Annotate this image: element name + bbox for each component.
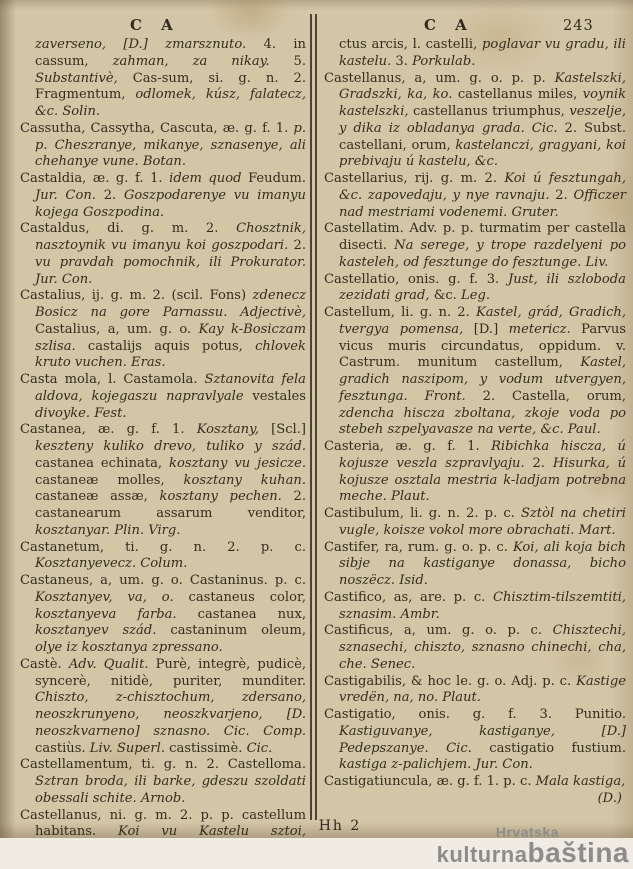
- entry-segment: Castalius, ij. g. m. 2. (scil. Fons): [20, 288, 253, 303]
- entry-segment: Castanetum, ti. g. n. 2. p. c.: [20, 540, 306, 555]
- dictionary-entry-continuation: ctus arcis, l. castelli, poglavar vu gra…: [324, 37, 626, 71]
- entry-segment: Casteria, æ. g. f. 1.: [324, 439, 491, 454]
- dictionary-entry: Castellatim. Adv. p. p. turmatim per cas…: [324, 221, 626, 271]
- entry-segment: divoyke.: [35, 406, 94, 421]
- entry-segment: castaneus color,: [189, 590, 306, 605]
- entry-segment: castanea nux,: [198, 607, 306, 622]
- entry-segment: Castificus, a, um. g. o. p. c.: [324, 623, 553, 638]
- dictionary-entry: Castigatiuncula, æ. g. f. 1. p. c. Mala …: [324, 774, 626, 791]
- entry-segment: Senec.: [371, 657, 415, 672]
- entry-segment: Castalius, a, um. g. o.: [35, 322, 199, 337]
- dictionary-entry: Cassutha, Cassytha, Cascuta, æ. g. f. 1.…: [20, 121, 306, 171]
- entry-segment: 2.: [294, 238, 307, 253]
- entry-segment: vu pravdah pomochnik, ili Prokurator.: [35, 255, 306, 270]
- entry-segment: Porkulab.: [412, 54, 475, 69]
- entry-segment: kosztanyar.: [35, 523, 114, 538]
- entry-segment: kosztany vu jesicze.: [169, 456, 306, 471]
- dictionary-entry: Castaldia, æ. g. f. 1. idem quod Feudum.…: [20, 171, 306, 221]
- entry-segment: [D.]: [474, 322, 509, 337]
- dictionary-entry: Casteria, æ. g. f. 1. Ribichka hiscza, ú…: [324, 439, 626, 506]
- entry-segment: Adv. Qualit.: [69, 657, 156, 672]
- entry-segment: Castellamentum, ti. g. n. 2. Castelloma.: [20, 757, 306, 772]
- entry-segment: Liv. Superl.: [90, 741, 169, 756]
- entry-segment: Botan.: [143, 154, 186, 169]
- dictionary-entry: Castifer, ra, rum. g. o. p. c. Koi, ali …: [324, 540, 626, 590]
- dictionary-entry: Castanetum, ti. g. n. 2. p. c. Kosztanye…: [20, 540, 306, 574]
- dictionary-entry: Castigabilis, & hoc le. g. o. Adj. p. c.…: [324, 674, 626, 708]
- entry-segment: Jur. Con.: [35, 188, 104, 203]
- entry-segment: Castellanus, a, um. g. o. p. p.: [324, 71, 555, 86]
- entry-segment: kosztanyev szád.: [35, 623, 170, 638]
- entry-segment: Mart.: [579, 523, 616, 538]
- entry-segment: kosztany pechen.: [160, 489, 294, 504]
- column-divider-rule: [315, 14, 317, 820]
- entry-segment: Gruter.: [511, 205, 558, 220]
- entry-segment: Jur. Con.: [35, 272, 92, 287]
- entry-segment: Paul.: [568, 422, 601, 437]
- dictionary-entry: Castibulum, li. g. n. 2. p. c. Sztòl na …: [324, 506, 626, 540]
- entry-segment: Arnob.: [141, 791, 186, 806]
- entry-segment: 3.: [395, 54, 412, 69]
- entry-segment: Casta mola, l. Castamola.: [20, 372, 204, 387]
- entry-segment: Cic.: [247, 741, 273, 756]
- entry-segment: zahman, za nikay.: [113, 54, 294, 69]
- entry-segment: ctus arcis, l. castelli,: [339, 37, 482, 52]
- entry-segment: metericz.: [509, 322, 582, 337]
- entry-segment: kastiga z-palichjem.: [339, 757, 475, 772]
- entry-segment: Castanea, æ. g. f. 1.: [20, 422, 197, 437]
- catchword: (D.): [324, 791, 626, 808]
- scanned-dictionary-page: C A C A 243 zaverseno, [D.] zmarsznuto. …: [0, 0, 633, 838]
- entry-segment: Castè.: [20, 657, 69, 672]
- entry-segment: Solin.: [62, 104, 100, 119]
- dictionary-entry: Castè. Adv. Qualit. Purè, integrè, pudic…: [20, 657, 306, 758]
- entry-segment: vestales: [252, 389, 306, 404]
- entry-segment: castalijs aquis potus,: [88, 339, 255, 354]
- entry-segment: Jur. Con.: [475, 757, 532, 772]
- dictionary-entry: Castalius, ij. g. m. 2. (scil. Fons) zde…: [20, 288, 306, 372]
- dictionary-entry: Castellanus, a, um. g. o. p. p. Kastelsz…: [324, 71, 626, 172]
- entry-segment: Castellum, li. g. n. 2.: [324, 305, 476, 320]
- entry-segment: &c.: [434, 288, 461, 303]
- column-right: ctus arcis, l. castelli, poglavar vu gra…: [324, 37, 626, 808]
- dictionary-entry: Castellatio, onis. g. f. 3. Just, ili sz…: [324, 272, 626, 306]
- entry-segment: kosztanyeva farba.: [35, 607, 198, 622]
- entry-segment: Substantivè,: [35, 71, 133, 86]
- entry-segment: [Scl.]: [271, 422, 306, 437]
- entry-segment: castaneæ assæ,: [35, 489, 160, 504]
- entry-segment: Castaldia, æ. g. f. 1.: [20, 171, 169, 186]
- heritage-watermark: Hrvatska kulturnabaština: [437, 825, 629, 867]
- entry-segment: Cic.: [446, 741, 489, 756]
- dictionary-entry: Castaneus, a, um. g. o. Castaninus. p. c…: [20, 573, 306, 657]
- entry-segment: castellanus miles,: [458, 87, 583, 102]
- entry-segment: Castibulum, li. g. n. 2. p. c.: [324, 506, 521, 521]
- entry-segment: Front.: [425, 389, 483, 404]
- watermark-line2b: baština: [527, 837, 629, 868]
- entry-segment: castellanus triumphus,: [413, 104, 569, 119]
- entry-segment: idem quod: [169, 171, 248, 186]
- entry-segment: Castigatiuncula, æ. g. f. 1. p. c.: [324, 774, 536, 789]
- entry-segment: Feudum.: [248, 171, 306, 186]
- entry-segment: 2.: [104, 188, 124, 203]
- entry-segment: Castifico, as, are. p. c.: [324, 590, 493, 605]
- entry-segment: Cic. Comp.: [224, 724, 306, 739]
- dictionary-entry: Castellarius, rij. g. m. 2. Koi ú fesztu…: [324, 171, 626, 221]
- entry-segment: Castaneus, a, um. g. o. Castaninus. p. c…: [20, 573, 306, 588]
- entry-segment: Cic.: [532, 121, 565, 136]
- entry-segment: Ambr.: [401, 607, 440, 622]
- entry-segment: castanea echinata,: [35, 456, 169, 471]
- entry-segment: Kosztanyev, va, o.: [35, 590, 189, 605]
- running-head-right: C A: [424, 16, 474, 34]
- watermark-line2a: kulturna: [437, 842, 528, 867]
- entry-segment: 2.: [532, 456, 552, 471]
- column-divider-rule: [310, 14, 312, 820]
- dictionary-entry: Castificus, a, um. g. o. p. c. Chisztech…: [324, 623, 626, 673]
- entry-segment: 2. Castella, orum,: [483, 389, 626, 404]
- entry-segment: Castaldus, di. g. m. 2.: [20, 221, 236, 236]
- entry-segment: castissimè.: [169, 741, 246, 756]
- entry-segment: Castigabilis, & hoc le. g. o. Adj. p. c.: [324, 674, 576, 689]
- entry-segment: castiùs.: [35, 741, 90, 756]
- entry-segment: Leg.: [461, 288, 490, 303]
- entry-segment: Cassutha, Cassytha, Cascuta, æ. g. f. 1.: [20, 121, 293, 136]
- entry-segment: Plaut.: [391, 489, 430, 504]
- entry-segment: 2.: [555, 188, 573, 203]
- entry-segment: Castifer, ra, rum. g. o. p. c.: [324, 540, 513, 555]
- dictionary-entry: Castellum, li. g. n. 2. Kastel, grád, Gr…: [324, 305, 626, 439]
- entry-segment: Mala kastiga,: [536, 774, 626, 789]
- entry-segment: Liv.: [585, 255, 608, 270]
- entry-segment: Castellarius, rij. g. m. 2.: [324, 171, 504, 186]
- entry-segment: Colum.: [140, 556, 187, 571]
- running-head-left: C A: [130, 16, 180, 34]
- entry-segment: Fest.: [94, 406, 126, 421]
- entry-segment: Castigatio, onis. g. f. 3. Punitio.: [324, 707, 626, 722]
- entry-segment: Kosztany,: [197, 422, 271, 437]
- entry-segment: Kosztanyevecz.: [35, 556, 140, 571]
- dictionary-entry-continuation: zaverseno, [D.] zmarsznuto. 4. in cassum…: [20, 37, 306, 121]
- page-number: 243: [563, 18, 594, 34]
- entry-segment: castigatio fustium.: [489, 741, 626, 756]
- entry-segment: Eras.: [131, 355, 166, 370]
- entry-segment: castaninum oleum,: [170, 623, 306, 638]
- dictionary-entry: Castigatio, onis. g. f. 3. Punitio. Kast…: [324, 707, 626, 774]
- entry-segment: Plaut.: [442, 690, 481, 705]
- entry-segment: keszteny kuliko drevo, tuliko y szád.: [35, 439, 306, 454]
- dictionary-entry: Castanea, æ. g. f. 1. Kosztany, [Scl.] k…: [20, 422, 306, 539]
- dictionary-entry: Castaldus, di. g. m. 2. Chosztnik, naszt…: [20, 221, 306, 288]
- entry-segment: Plin. Virg.: [114, 523, 180, 538]
- gathering-signature: Hh 2: [319, 818, 362, 834]
- entry-segment: Isid.: [399, 573, 428, 588]
- entry-segment: zaverseno, [D.] zmarsznuto.: [35, 37, 264, 52]
- entry-segment: castaneæ molles,: [35, 473, 184, 488]
- dictionary-entry: Castifico, as, are. p. c. Chisztim-tilsz…: [324, 590, 626, 624]
- dictionary-entry: Castellamentum, ti. g. n. 2. Castelloma.…: [20, 757, 306, 807]
- column-left: zaverseno, [D.] zmarsznuto. 4. in cassum…: [20, 37, 306, 869]
- entry-segment: kosztany kuhan.: [184, 473, 306, 488]
- entry-segment: Castellatio, onis. g. f. 3.: [324, 272, 508, 287]
- entry-segment: olye iz kosztanya zpressano.: [35, 640, 223, 655]
- entry-segment: 5.: [294, 54, 307, 69]
- dictionary-entry: Casta mola, l. Castamola. Sztanovita fel…: [20, 372, 306, 422]
